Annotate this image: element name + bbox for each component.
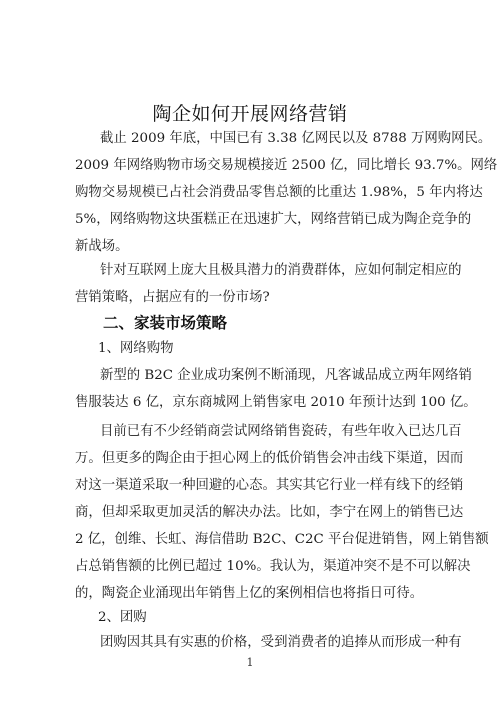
paragraph-line: 目前已有不少经销商尝试网络销售瓷砖，有些年收入已达几百 (100, 423, 425, 441)
paragraph-line: 营销策略，占据应有的一份市场? (75, 289, 425, 307)
paragraph-line: 万。但更多的陶企由于担心网上的低价销售会冲击线下渠道，因而 (75, 450, 425, 468)
paragraph-line: 5%，网络购物这块蛋糕正在迅速扩大，网络营销已成为陶企竞争的 (75, 211, 425, 229)
paragraph-line: 2009 年网络购物市场交易规模接近 2500 亿，同比增长 93.7%。网络 (75, 157, 425, 175)
paragraph-line: 截止 2009 年底，中国已有 3.38 亿网民以及 8788 万网购网民。 (100, 130, 425, 148)
paragraph-line: 对这一渠道采取一种回避的心态。其实其它行业一样有线下的经销 (75, 477, 425, 495)
paragraph-line: 新战场。 (75, 238, 425, 256)
subsection-heading: 2、团购 (98, 609, 147, 627)
paragraph-line: 售服装达 6 亿，京东商城网上销售家电 2010 年预计达到 100 亿。 (75, 394, 425, 412)
paragraph-line: 2 亿，创维、长虹、海信借助 B2C、C2C 平台促进销售，网上销售额 (75, 531, 425, 549)
paragraph-line: 团购因其具有实惠的价格，受到消费者的追捧从而形成一种有 (100, 634, 425, 652)
paragraph-line: 商，但却采取更加灵活的解决办法。比如，李宁在网上的销售已达 (75, 504, 425, 522)
subsection-heading: 1、网络购物 (98, 340, 173, 358)
paragraph-line: 购物交易规模已占社会消费品零售总额的比重达 1.98%，5 年内将达 (75, 184, 425, 202)
paragraph-line: 占总销售额的比例已超过 10%。我认为，渠道冲突不是不可以解决 (75, 558, 425, 576)
section-heading: 二、家装市场策略 (103, 313, 227, 333)
page-number: 1 (0, 656, 500, 669)
paragraph-line: 新型的 B2C 企业成功案例不断涌现，凡客诚品成立两年网络销 (100, 367, 425, 385)
document-title: 陶企如何开展网络营销 (0, 99, 500, 126)
paragraph-line: 针对互联网上庞大且极具潜力的消费群体，应如何制定相应的 (100, 262, 425, 280)
paragraph-line: 的，陶瓷企业涌现出年销售上亿的案例相信也将指日可待。 (75, 585, 425, 603)
